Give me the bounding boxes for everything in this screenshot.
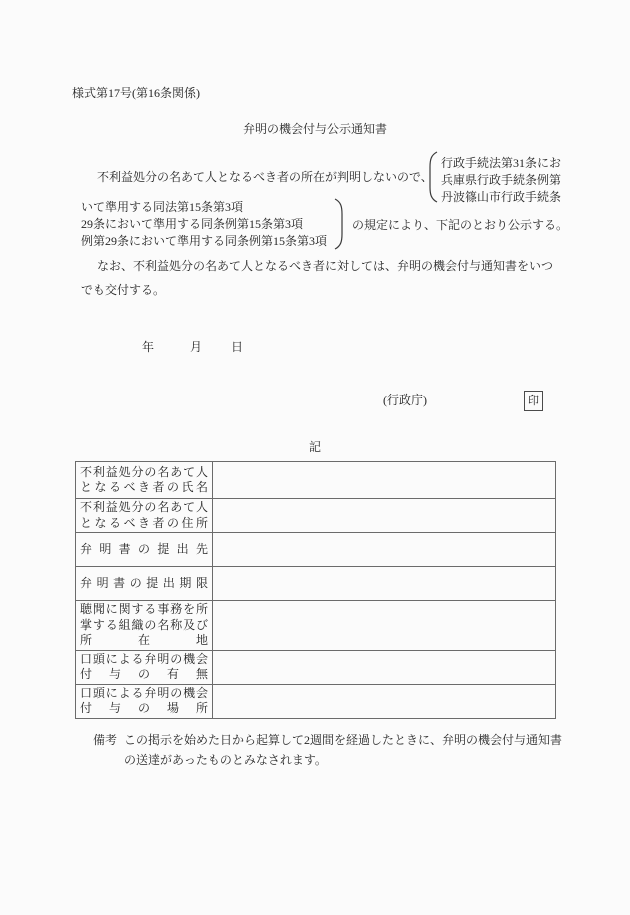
row-value-cell (213, 499, 556, 533)
row-value-cell (213, 601, 556, 651)
law-continuation-stack: いて準用する同法第15条第3項 29条において準用する同条例第15条第3項 例第… (81, 199, 327, 250)
note-paragraph: なお、不利益処分の名あて人となるべき者に対しては、弁明の機会付与通知書をいつ で… (81, 254, 553, 302)
table-row: 不利益処分の名あて人 となるべき者の氏名 (76, 462, 556, 499)
row-label: 不利益処分の名あて人 となるべき者の氏名 (76, 462, 213, 499)
row-label: 口頭による弁明の機会 付与の有無 (76, 650, 213, 684)
row-label: 口頭による弁明の機会 付与の場所 (76, 684, 213, 718)
row-value-cell (213, 650, 556, 684)
row-label: 不利益処分の名あて人 となるべき者の住所 (76, 499, 213, 533)
detail-table: 不利益処分の名あて人 となるべき者の氏名 不利益処分の名あて人 となるべき者の住… (75, 461, 556, 719)
table-row: 弁明書の提出先 (76, 533, 556, 567)
row-value-cell (213, 684, 556, 718)
agency-label: (行政庁) (383, 391, 427, 408)
remarks-line: の送達があったものとみなされます。 (93, 750, 562, 770)
intro-sentence: 不利益処分の名あて人となるべき者の所在が判明しないので、 (97, 168, 433, 185)
opening-brace-icon (426, 151, 438, 203)
remarks-line: 備考この掲示を始めた日から起算して2週間を経過したときに、弁明の機会付与通知書 (93, 730, 562, 750)
date-year-label: 年 (142, 338, 154, 355)
law-continuation: いて準用する同法第15条第3項 (81, 199, 327, 216)
law-option: 兵庫県行政手続条例第 (441, 172, 561, 189)
date-day-label: 日 (231, 338, 243, 355)
row-label: 弁明書の提出期限 (76, 567, 213, 601)
law-continuation: 例第29条において準用する同条例第15条第3項 (81, 233, 327, 250)
row-value-cell (213, 533, 556, 567)
date-month-label: 月 (190, 338, 202, 355)
note-line: でも交付する。 (81, 278, 553, 302)
date-line: 年 月 日 (142, 338, 243, 355)
law-continuation: 29条において準用する同条例第15条第3項 (81, 216, 327, 233)
remarks-paragraph: 備考この掲示を始めた日から起算して2週間を経過したときに、弁明の機会付与通知書 … (93, 730, 562, 770)
closing-brace-icon (334, 198, 346, 250)
record-heading: 記 (0, 438, 630, 455)
form-number: 様式第17号(第16条関係) (72, 84, 200, 101)
remarks-label: 備考 (93, 733, 117, 747)
table-row: 口頭による弁明の機会 付与の場所 (76, 684, 556, 718)
provision-sentence: の規定により、下記のとおり公示する。 (352, 216, 568, 233)
row-value-cell (213, 567, 556, 601)
document-page: 様式第17号(第16条関係) 弁明の機会付与公示通知書 不利益処分の名あて人とな… (0, 0, 630, 915)
law-option-stack: 行政手続法第31条にお 兵庫県行政手続条例第 丹波篠山市行政手続条 (441, 155, 561, 206)
note-line: なお、不利益処分の名あて人となるべき者に対しては、弁明の機会付与通知書をいつ (81, 254, 553, 278)
row-label: 聴聞に関する事務を所 掌する組織の名称及び 所在地 (76, 601, 213, 651)
law-option: 行政手続法第31条にお (441, 155, 561, 172)
table-row: 弁明書の提出期限 (76, 567, 556, 601)
row-value-cell (213, 462, 556, 499)
table-row: 不利益処分の名あて人 となるべき者の住所 (76, 499, 556, 533)
document-title: 弁明の機会付与公示通知書 (0, 120, 630, 137)
seal-mark: 印 (524, 391, 543, 411)
table-row: 聴聞に関する事務を所 掌する組織の名称及び 所在地 (76, 601, 556, 651)
row-label: 弁明書の提出先 (76, 533, 213, 567)
remarks-text: この掲示を始めた日から起算して2週間を経過したときに、弁明の機会付与通知書 (124, 733, 562, 747)
table-row: 口頭による弁明の機会 付与の有無 (76, 650, 556, 684)
law-option: 丹波篠山市行政手続条 (441, 189, 561, 206)
